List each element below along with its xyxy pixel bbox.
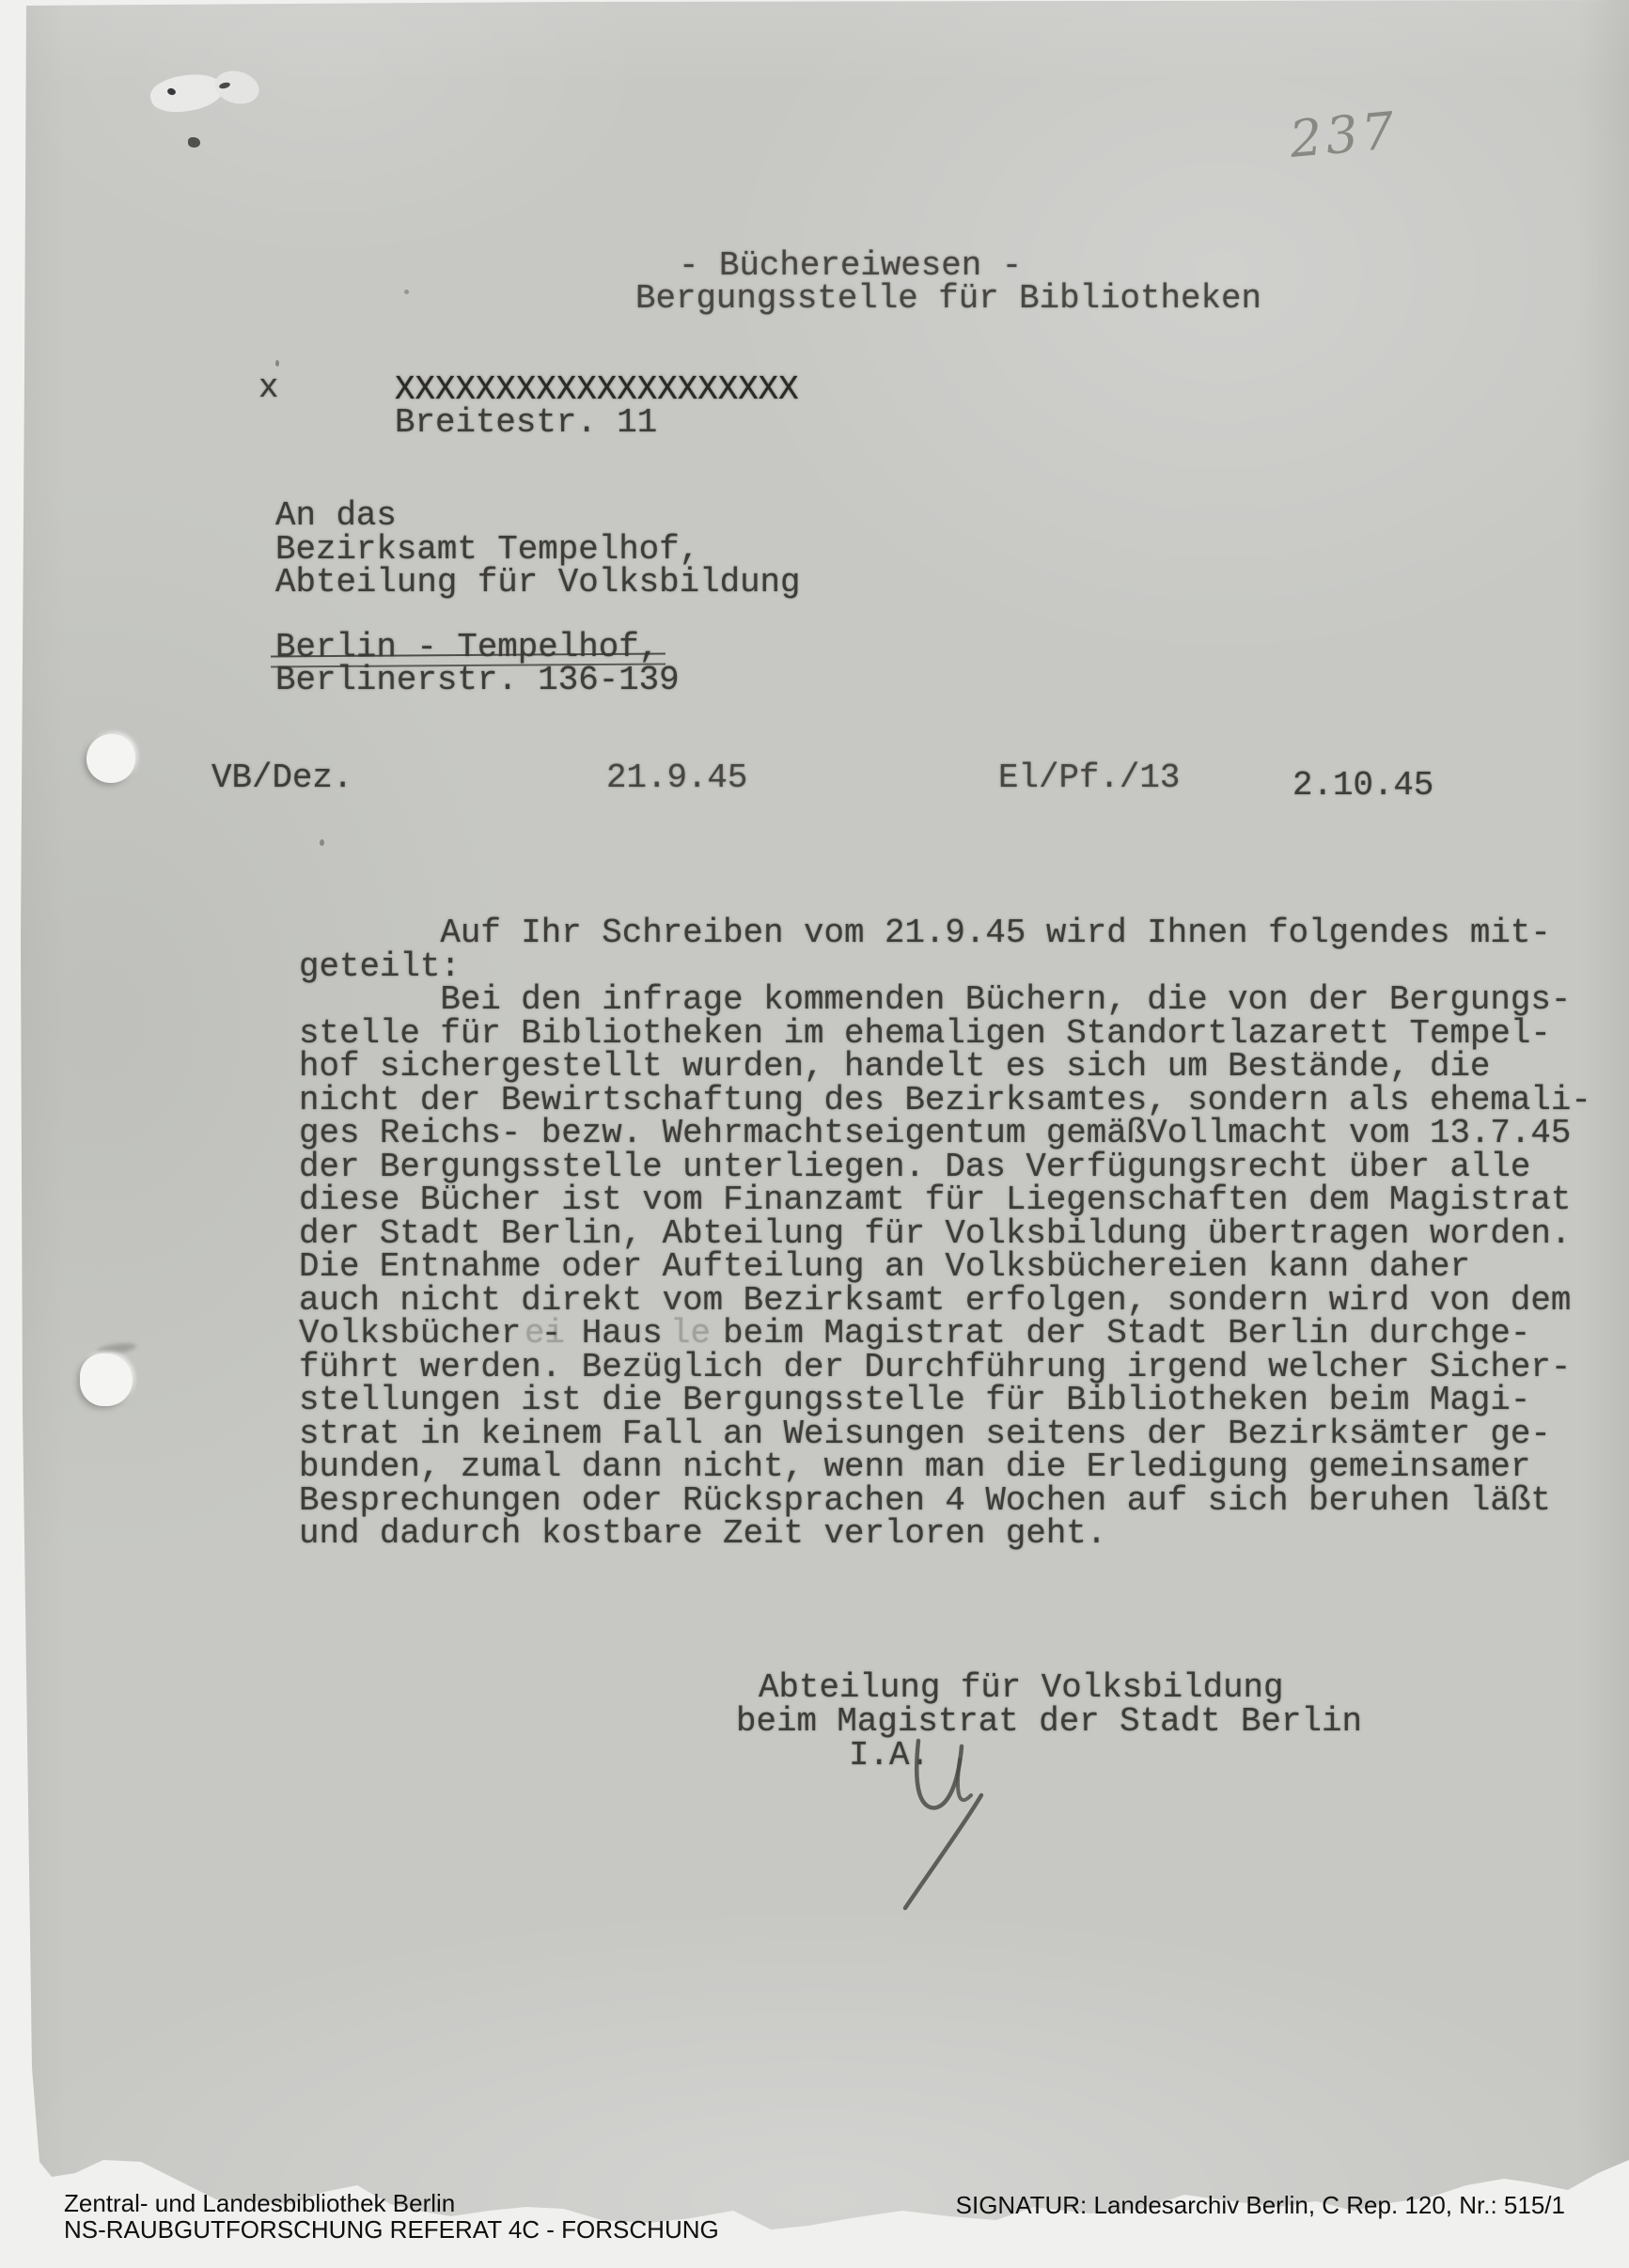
paper-speck: [404, 289, 409, 294]
letter-body: Auf Ihr Schreiben vom 21.9.45 wird Ihnen…: [299, 916, 1591, 1551]
closing-line1: Abteilung für Volksbildung: [759, 1671, 1284, 1705]
archive-owner: Zentral- und Landesbibliothek Berlin: [64, 2189, 455, 2217]
recipient-address: An das Bezirksamt Tempelhof, Abteilung f…: [275, 499, 801, 600]
document-scan-page: 237 - Büchereiwesen - Bergungsstelle für…: [0, 0, 1629, 2268]
letterhead-line1: - Büchereiwesen -: [679, 249, 1022, 283]
paper-speck: [188, 137, 200, 148]
handwritten-signature: [874, 1720, 1025, 1917]
sender-street: Breitestr. 11: [395, 406, 657, 440]
archive-department: NS-RAUBGUTFORSCHUNG REFERAT 4C - FORSCHU…: [64, 2215, 719, 2244]
paper-speck: [320, 839, 324, 846]
file-reference: VB/Dez.: [211, 761, 352, 795]
erased-text-ghost-1: ei: [525, 1317, 565, 1351]
margin-mark: x: [258, 371, 278, 405]
erased-text-ghost-2: le: [670, 1317, 711, 1351]
paper-speck: [275, 360, 279, 367]
punch-hole-bottom: [80, 1353, 133, 1406]
archive-footer-left: Zentral- und Landesbibliothek Berlin NS-…: [64, 2190, 719, 2243]
reply-date: 2.10.45: [1292, 769, 1433, 803]
handwritten-page-number: 237: [1287, 101, 1400, 169]
letter-date: 21.9.45: [606, 761, 747, 795]
crossed-out-sender: XXXXXXXXXXXXXXXXXXXX: [395, 373, 799, 407]
closing-line2: beim Magistrat der Stadt Berlin: [736, 1705, 1362, 1739]
clerk-reference: El/Pf./13: [998, 761, 1180, 795]
letterhead-line2: Bergungsstelle für Bibliotheken: [635, 282, 1261, 316]
archive-footer-signature: SIGNATUR: Landesarchiv Berlin, C Rep. 12…: [956, 2192, 1565, 2218]
punch-hole-top: [86, 734, 135, 783]
recipient-street: Berlinerstr. 136-139: [275, 664, 680, 697]
